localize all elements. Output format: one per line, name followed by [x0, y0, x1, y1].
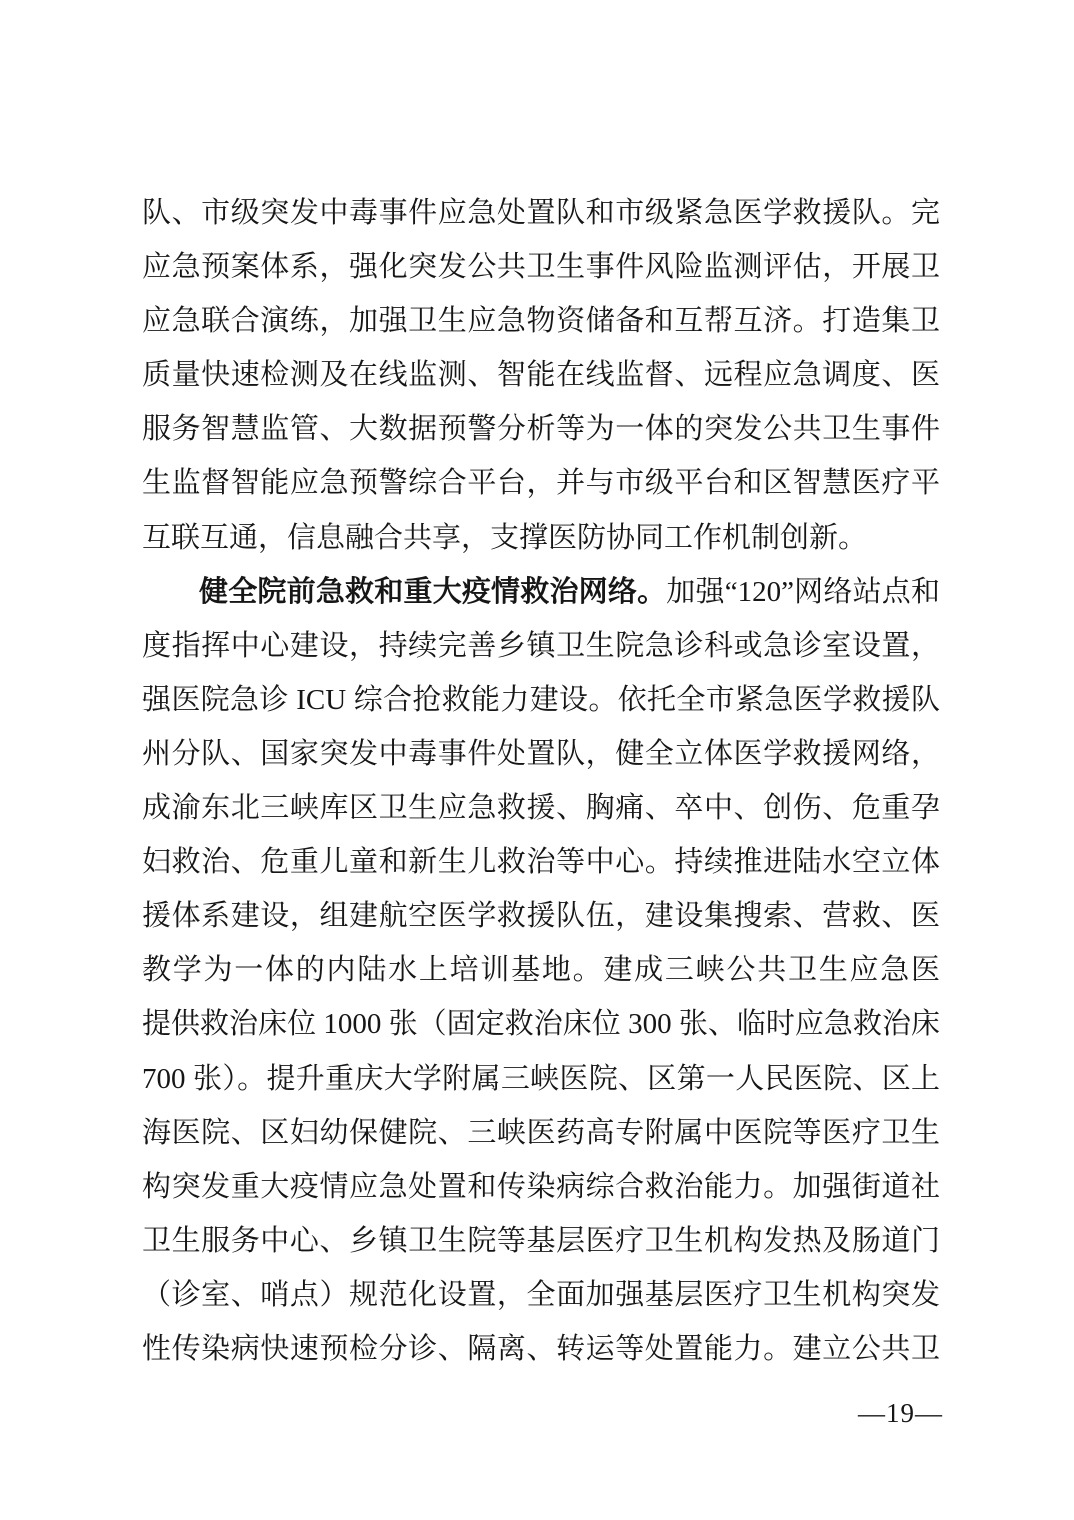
text-line: 质量快速检测及在线监测、智能在线监督、远程应急调度、医疗 — [142, 348, 940, 402]
text-line: 提供救治床位 1000 张（固定救治床位 300 张、临时应急救治床位 — [142, 997, 940, 1051]
text-line: 成渝东北三峡库区卫生应急救援、胸痛、卒中、创伤、危重孕产 — [142, 781, 940, 835]
paragraph-emergency-platform: 队、市级突发中毒事件应急处置队和市级紧急医学救援队。完善 应急预案体系，强化突发… — [142, 186, 940, 565]
text-line: 妇救治、危重儿童和新生儿救治等中心。持续推进陆水空立体救 — [142, 835, 940, 889]
text-line: 教学为一体的内陆水上培训基地。建成三峡公共卫生应急医院， — [142, 943, 940, 997]
text-line: 服务智慧监管、大数据预警分析等为一体的突发公共卫生事件卫 — [142, 402, 940, 456]
text-line: 卫生服务中心、乡镇卫生院等基层医疗卫生机构发热及肠道门诊 — [142, 1214, 940, 1268]
text-line: 性传染病快速预检分诊、隔离、转运等处置能力。建立公共卫生 — [142, 1322, 940, 1376]
text-line: 生监督智能应急预警综合平台，并与市级平台和区智慧医疗平台 — [142, 456, 940, 510]
document-page: 队、市级突发中毒事件应急处置队和市级紧急医学救援队。完善 应急预案体系，强化突发… — [0, 0, 1074, 1520]
text-line: 海医院、区妇幼保健院、三峡医药高专附属中医院等医疗卫生机 — [142, 1106, 940, 1160]
paragraph-heading: 健全院前急救和重大疫情救治网络。 — [199, 576, 666, 608]
text-line: 队、市级突发中毒事件应急处置队和市级紧急医学救援队。完善 — [142, 186, 940, 240]
text-line: 700 张）。提升重庆大学附属三峡医院、区第一人民医院、区上 — [142, 1052, 940, 1106]
text-line: 援体系建设，组建航空医学救援队伍，建设集搜索、营救、医疗、 — [142, 889, 940, 943]
text-line: 强医院急诊 ICU 综合抢救能力建设。依托全市紧急医学救援队万 — [142, 673, 940, 727]
text-line: 构突发重大疫情应急处置和传染病综合救治能力。加强街道社区 — [142, 1160, 940, 1214]
text-line: 州分队、国家突发中毒事件处置队，健全立体医学救援网络，建 — [142, 727, 940, 781]
text-line: （诊室、哨点）规范化设置，全面加强基层医疗卫生机构突发急 — [142, 1268, 940, 1322]
text-line: 应急预案体系，强化突发公共卫生事件风险监测评估，开展卫生 — [142, 240, 940, 294]
text-block: 队、市级突发中毒事件应急处置队和市级紧急医学救援队。完善 应急预案体系，强化突发… — [142, 186, 940, 1376]
text-line: 互联互通，信息融合共享，支撑医防协同工作机制创新。 — [142, 511, 940, 565]
page-number: —19— — [858, 1398, 943, 1428]
text-line: 应急联合演练，加强卫生应急物资储备和互帮互济。打造集卫生 — [142, 294, 940, 348]
text-line: 度指挥中心建设，持续完善乡镇卫生院急诊科或急诊室设置，加 — [142, 619, 940, 673]
paragraph-rescue-network: 健全院前急救和重大疫情救治网络。加强“120”网络站点和调 度指挥中心建设，持续… — [142, 565, 940, 1376]
text-line: 健全院前急救和重大疫情救治网络。加强“120”网络站点和调 — [142, 565, 940, 619]
